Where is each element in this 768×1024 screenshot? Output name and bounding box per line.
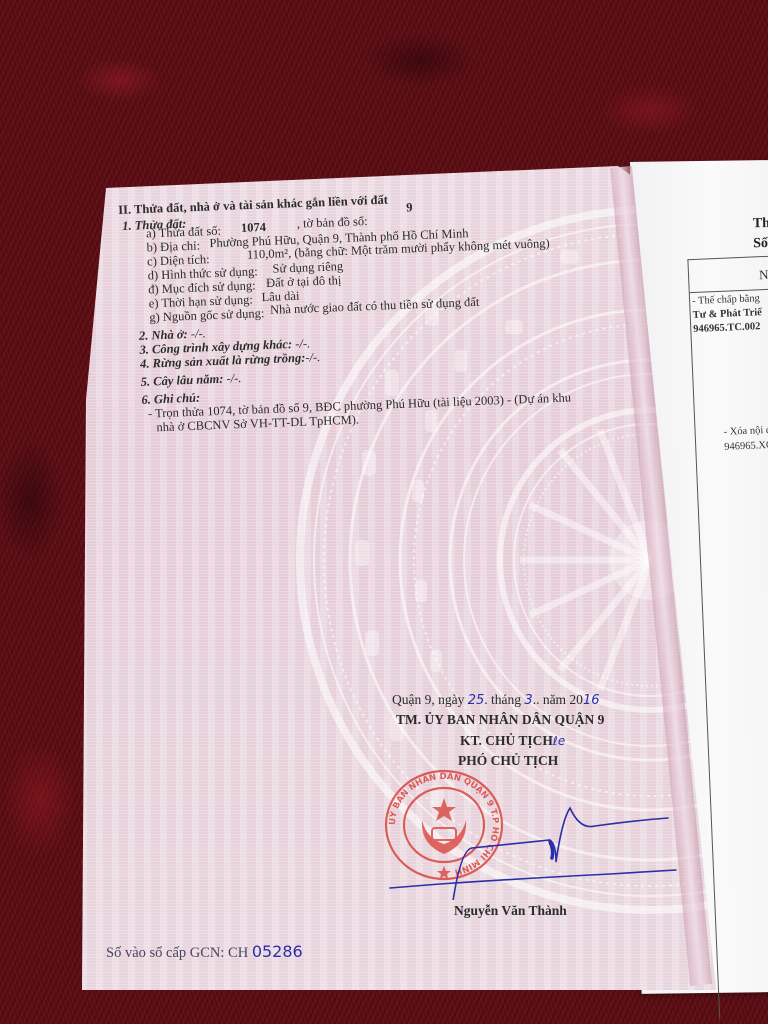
authority-line-3: PHÓ CHỦ TỊCH (458, 753, 558, 769)
authority-line-2: KT. CHỦ TỊCHℓe (460, 733, 565, 749)
signer-name: Nguyễn Văn Thành (454, 903, 567, 919)
authority-line-1: TM. ỦY BAN NHÂN DÂN QUẬN 9 (396, 712, 604, 728)
handwritten-initials: ℓe (553, 734, 565, 748)
map-sheet-label: , tờ bản đồ số: (297, 214, 368, 232)
handwritten-registry-number: 05286 (252, 942, 303, 961)
handwritten-signature (380, 790, 680, 900)
handwritten-month: 3 (524, 693, 532, 708)
certificate-page: II. Thửa đất, nhà ở và tài sản khác gắn … (0, 0, 768, 1024)
handwritten-year: 16 (583, 693, 600, 708)
use-purpose-value: Đất ở tại đô thị (266, 273, 342, 291)
issue-date: Quận 9, ngày 25. tháng 3.. năm 2016 (392, 692, 599, 708)
handwritten-day: 25 (468, 693, 485, 708)
registry-number: Số vào sổ cấp GCN: CH 05286 (106, 942, 303, 962)
map-sheet-number: 9 (406, 200, 413, 215)
